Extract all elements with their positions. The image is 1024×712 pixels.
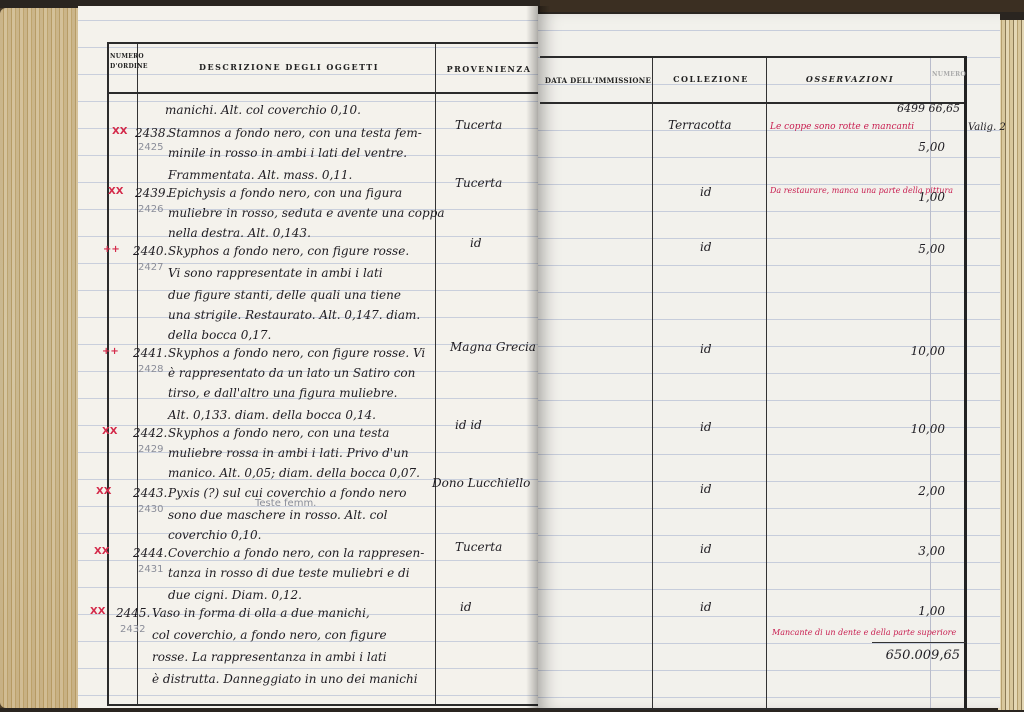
entry-number: 2439. (135, 186, 169, 200)
entry-line: una strigile. Restaurato. Alt. 0,147. di… (168, 308, 420, 322)
provenienza: id id (455, 418, 482, 432)
entry-line: due cigni. Diam. 0,12. (168, 588, 302, 602)
entry-number: 2443. (133, 486, 167, 500)
amount: 10,00 (885, 422, 945, 436)
red-mark: XX (102, 426, 117, 437)
header-provenienza: Provenienza (439, 64, 539, 74)
amount: 1,00 (885, 190, 945, 204)
collezione: id (700, 185, 712, 199)
entry-line: muliebre in rosso, seduta e avente una c… (168, 206, 445, 220)
final-total: 650.009,65 (860, 648, 960, 663)
amount: 2,00 (885, 484, 945, 498)
old-number: 2426 (138, 204, 163, 215)
entry-number: 2444. (133, 546, 167, 560)
header-rule (109, 92, 541, 94)
entry-line: muliebre rossa in ambi i lati. Privo d'u… (168, 446, 409, 460)
entry-line: Skyphos a fondo nero, con figure rosse. (168, 244, 409, 258)
entry-line: col coverchio, a fondo nero, con figure (152, 628, 387, 642)
collezione: id (700, 482, 712, 496)
red-mark: XX (94, 546, 109, 557)
provenienza: id (460, 600, 472, 614)
header-data-immissione: Data dell'immissione (544, 76, 652, 86)
entry-line: Stamnos a fondo nero, con una testa fem- (168, 126, 422, 140)
entry-line: minile in rosso in ambi i lati del ventr… (168, 146, 407, 160)
header-osservazioni: Osservazioni (780, 74, 920, 84)
header-numero: Numero d'ordine (110, 52, 137, 72)
old-number: 2428 (138, 364, 163, 375)
column-divider (435, 44, 436, 704)
collezione: id (700, 420, 712, 434)
provenienza: Tucerta (455, 118, 502, 132)
entry-line: è distrutta. Danneggiato in uno dei mani… (152, 672, 418, 686)
amount: 5,00 (885, 140, 945, 154)
entry-line: Skyphos a fondo nero, con figure rosse. … (168, 346, 425, 360)
entry-line: Frammentata. Alt. mass. 0,11. (168, 168, 352, 182)
provenienza: Magna Grecia (450, 340, 536, 354)
old-number: 2431 (138, 564, 163, 575)
old-number: 2430 (138, 504, 163, 515)
entry-line: due figure stanti, delle quali una tiene (168, 288, 401, 302)
header-descrizione: Descrizione degli oggetti (149, 62, 429, 72)
entry-line: manico. Alt. 0,05; diam. della bocca 0,0… (168, 466, 420, 480)
red-mark: ++ (102, 346, 119, 357)
margin-note: Valig. 2 (968, 122, 1006, 133)
entry-line: nella destra. Alt. 0,143. (168, 226, 311, 240)
entry-line: sono due maschere in rosso. Alt. col (168, 508, 387, 522)
entry-line: Skyphos a fondo nero, con una testa (168, 426, 389, 440)
collezione: id (700, 600, 712, 614)
entry-number: 2441. (133, 346, 167, 360)
old-number: 2432 (120, 624, 145, 635)
open-ledger-book: Numero d'ordine Descrizione degli oggett… (0, 0, 1024, 712)
collezione: Terracotta (668, 118, 732, 132)
amount: 1,00 (885, 604, 945, 618)
entry-line: Vaso in forma di olla a due manichi, (152, 606, 370, 620)
collezione: id (700, 240, 712, 254)
entry-line: manichi. Alt. col coverchio 0,10. (165, 103, 361, 117)
entry-number: 2442. (133, 426, 167, 440)
column-divider (652, 58, 653, 708)
header-numero-ghost: Numero (932, 70, 962, 80)
provenienza: id (470, 236, 482, 250)
entry-line: Vi sono rappresentate in ambi i lati (168, 266, 383, 280)
provenienza: Dono Lucchiello (432, 476, 530, 490)
red-mark: XX (112, 126, 127, 137)
carried-total: 6499 66,65 (880, 102, 960, 115)
entry-line: rosse. La rappresentanza in ambi i lati (152, 650, 387, 664)
entry-line: della bocca 0,17. (168, 328, 271, 342)
red-mark: XX (96, 486, 111, 497)
entry-line: Alt. 0,133. diam. della bocca 0,14. (168, 408, 376, 422)
amount: 5,00 (885, 242, 945, 256)
amount: 3,00 (885, 544, 945, 558)
entry-number: 2445. (116, 606, 150, 620)
red-mark: XX (90, 606, 105, 617)
entry-number: 2440. (133, 244, 167, 258)
entry-line: tirso, e dall'altro una figura muliebre. (168, 386, 398, 400)
header-collezione: Collezione (656, 74, 766, 84)
left-page-edges (0, 8, 80, 708)
collezione: id (700, 542, 712, 556)
old-number: 2429 (138, 444, 163, 455)
provenienza: Tucerta (455, 540, 502, 554)
entry-line: Epichysis a fondo nero, con una figura (168, 186, 402, 200)
amount: 10,00 (885, 344, 945, 358)
entry-line: tanza in rosso di due teste muliebri e d… (168, 566, 410, 580)
background-top (540, 0, 1024, 12)
red-mark: XX (108, 186, 123, 197)
collezione: id (700, 342, 712, 356)
entry-line: Coverchio a fondo nero, con la rappresen… (168, 546, 424, 560)
osservazione-note: Le coppe sono rotte e mancanti (770, 122, 914, 132)
entry-line: coverchio 0,10. (168, 528, 261, 542)
old-number: 2425 (138, 142, 163, 153)
old-number: 2427 (138, 262, 163, 273)
column-divider (766, 58, 767, 708)
osservazione-note: Mancante di un dente e della parte super… (772, 628, 956, 637)
entry-number: 2438. (135, 126, 169, 140)
provenienza: Tucerta (455, 176, 502, 190)
entry-line: è rappresentato da un lato un Satiro con (168, 366, 415, 380)
total-rule (872, 642, 966, 643)
red-mark: ++ (103, 244, 120, 255)
